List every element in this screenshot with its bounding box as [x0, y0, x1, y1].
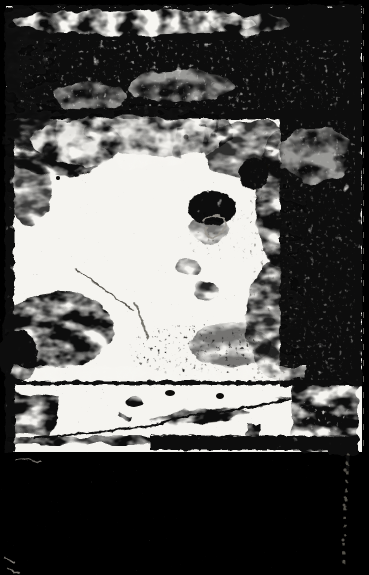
artwork-monotype-print	[0, 0, 369, 575]
left-margin-speckle	[0, 386, 13, 575]
gray-right-of-blob	[229, 207, 257, 263]
white-specks-band-right	[290, 397, 350, 433]
band-bottom-solid	[150, 436, 358, 450]
gray-transition-column	[250, 120, 296, 385]
top-rule	[12, 4, 360, 7]
artwork-canvas	[0, 0, 369, 575]
right-margin-speckle	[334, 452, 356, 572]
central-field-speckle	[16, 140, 271, 375]
white-mottle-low	[30, 116, 220, 168]
top-margin-specks	[15, 0, 355, 3]
white-mottle-top-right	[210, 15, 290, 33]
left-margin-speckle-upper	[0, 60, 5, 390]
band-interior-speckle	[16, 386, 286, 434]
white-salt-top-band	[20, 40, 350, 110]
